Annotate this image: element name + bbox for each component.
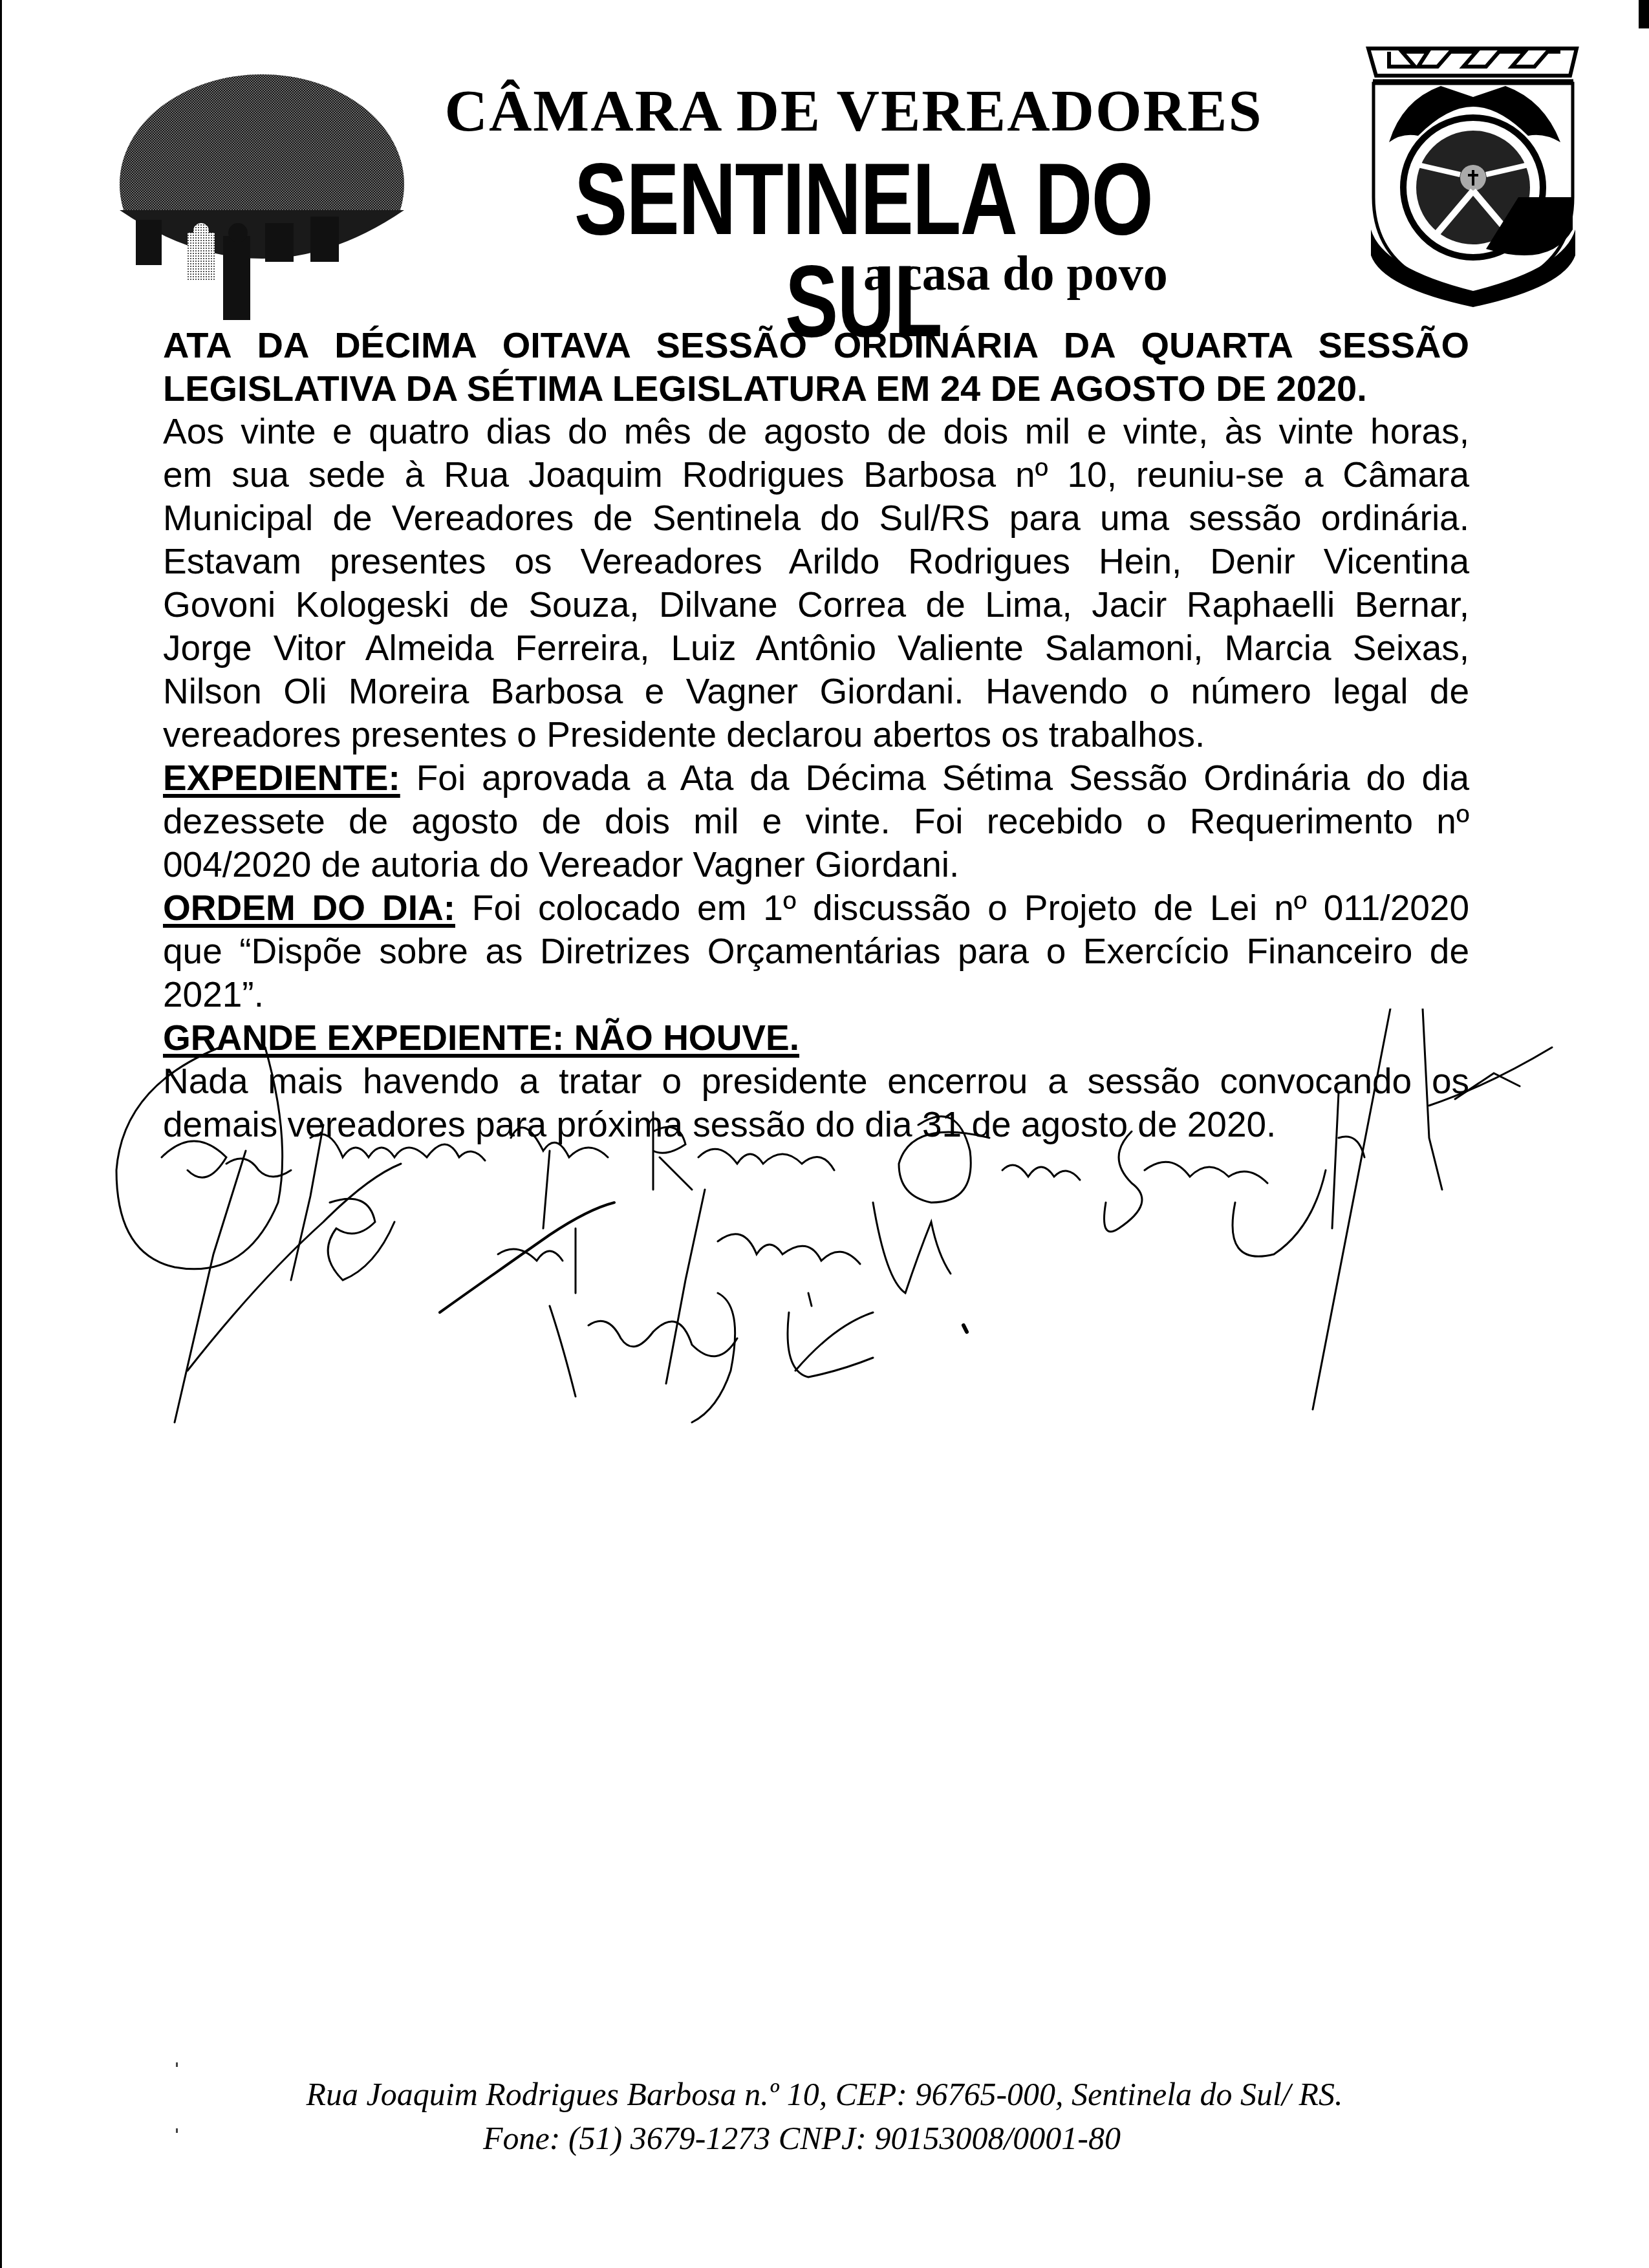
tagline: a casa do povo <box>863 249 1168 298</box>
header-titles: CÂMARA DE VEREADORES SENTINELA DO SUL <box>446 81 1300 352</box>
opening-line: Estavam presentes os Vereadores Arildo R… <box>163 540 1469 583</box>
ordem-do-dia-line-1: ORDEM DO DIA: Foi colocado em 1º discuss… <box>163 886 1469 930</box>
chamber-logo-icon <box>110 61 414 326</box>
scan-speck <box>176 2062 178 2067</box>
opening-line: Aos vinte e quatro dias do mês de agosto… <box>163 410 1469 453</box>
opening-line: em sua sede à Rua Joaquim Rodrigues Barb… <box>163 453 1469 497</box>
scan-corner-mark <box>1639 0 1649 28</box>
minutes-title-line-2: LEGISLATIVA DA SÉTIMA LEGISLATURA EM 24 … <box>163 367 1469 410</box>
expediente-label: EXPEDIENTE: <box>163 758 400 798</box>
expediente-line: 004/2020 de autoria do Vereador Vagner G… <box>163 843 1469 886</box>
minutes-title-line-1: ATA DA DÉCIMA OITAVA SESSÃO ORDINÁRIA DA… <box>163 323 1469 367</box>
document-page: CÂMARA DE VEREADORES SENTINELA DO SUL a … <box>0 0 1649 2268</box>
opening-line: vereadores presentes o Presidente declar… <box>163 713 1469 756</box>
expediente-text: Foi aprovada a Ata da Décima Sétima Sess… <box>400 758 1469 798</box>
institution-name: CÂMARA DE VEREADORES <box>407 81 1300 140</box>
expediente-line: dezessete de agosto de dois mil e vinte.… <box>163 800 1469 843</box>
ordem-do-dia-line: que “Dispõe sobre as Diretrizes Orçament… <box>163 930 1469 973</box>
opening-line: Municipal de Vereadores de Sentinela do … <box>163 497 1469 540</box>
coat-of-arms-icon <box>1357 36 1590 314</box>
footer: Rua Joaquim Rodrigues Barbosa n.º 10, CE… <box>0 2072 1649 2160</box>
signatures-icon <box>97 1009 1617 1461</box>
ordem-do-dia-label: ORDEM DO DIA: <box>163 888 455 928</box>
opening-line: Nilson Oli Moreira Barbosa e Vagner Gior… <box>163 670 1469 713</box>
expediente-line-1: EXPEDIENTE: Foi aprovada a Ata da Décima… <box>163 756 1469 800</box>
footer-contact: Fone: (51) 3679-1273 CNPJ: 90153008/0001… <box>0 2116 1649 2160</box>
opening-line: Govoni Kologeski de Souza, Dilvane Corre… <box>163 583 1469 626</box>
scan-edge-line <box>0 0 2 2268</box>
footer-address: Rua Joaquim Rodrigues Barbosa n.º 10, CE… <box>0 2072 1649 2116</box>
ordem-do-dia-text: Foi colocado em 1º discussão o Projeto d… <box>455 888 1469 928</box>
opening-line: Jorge Vitor Almeida Ferreira, Luiz Antôn… <box>163 626 1469 670</box>
